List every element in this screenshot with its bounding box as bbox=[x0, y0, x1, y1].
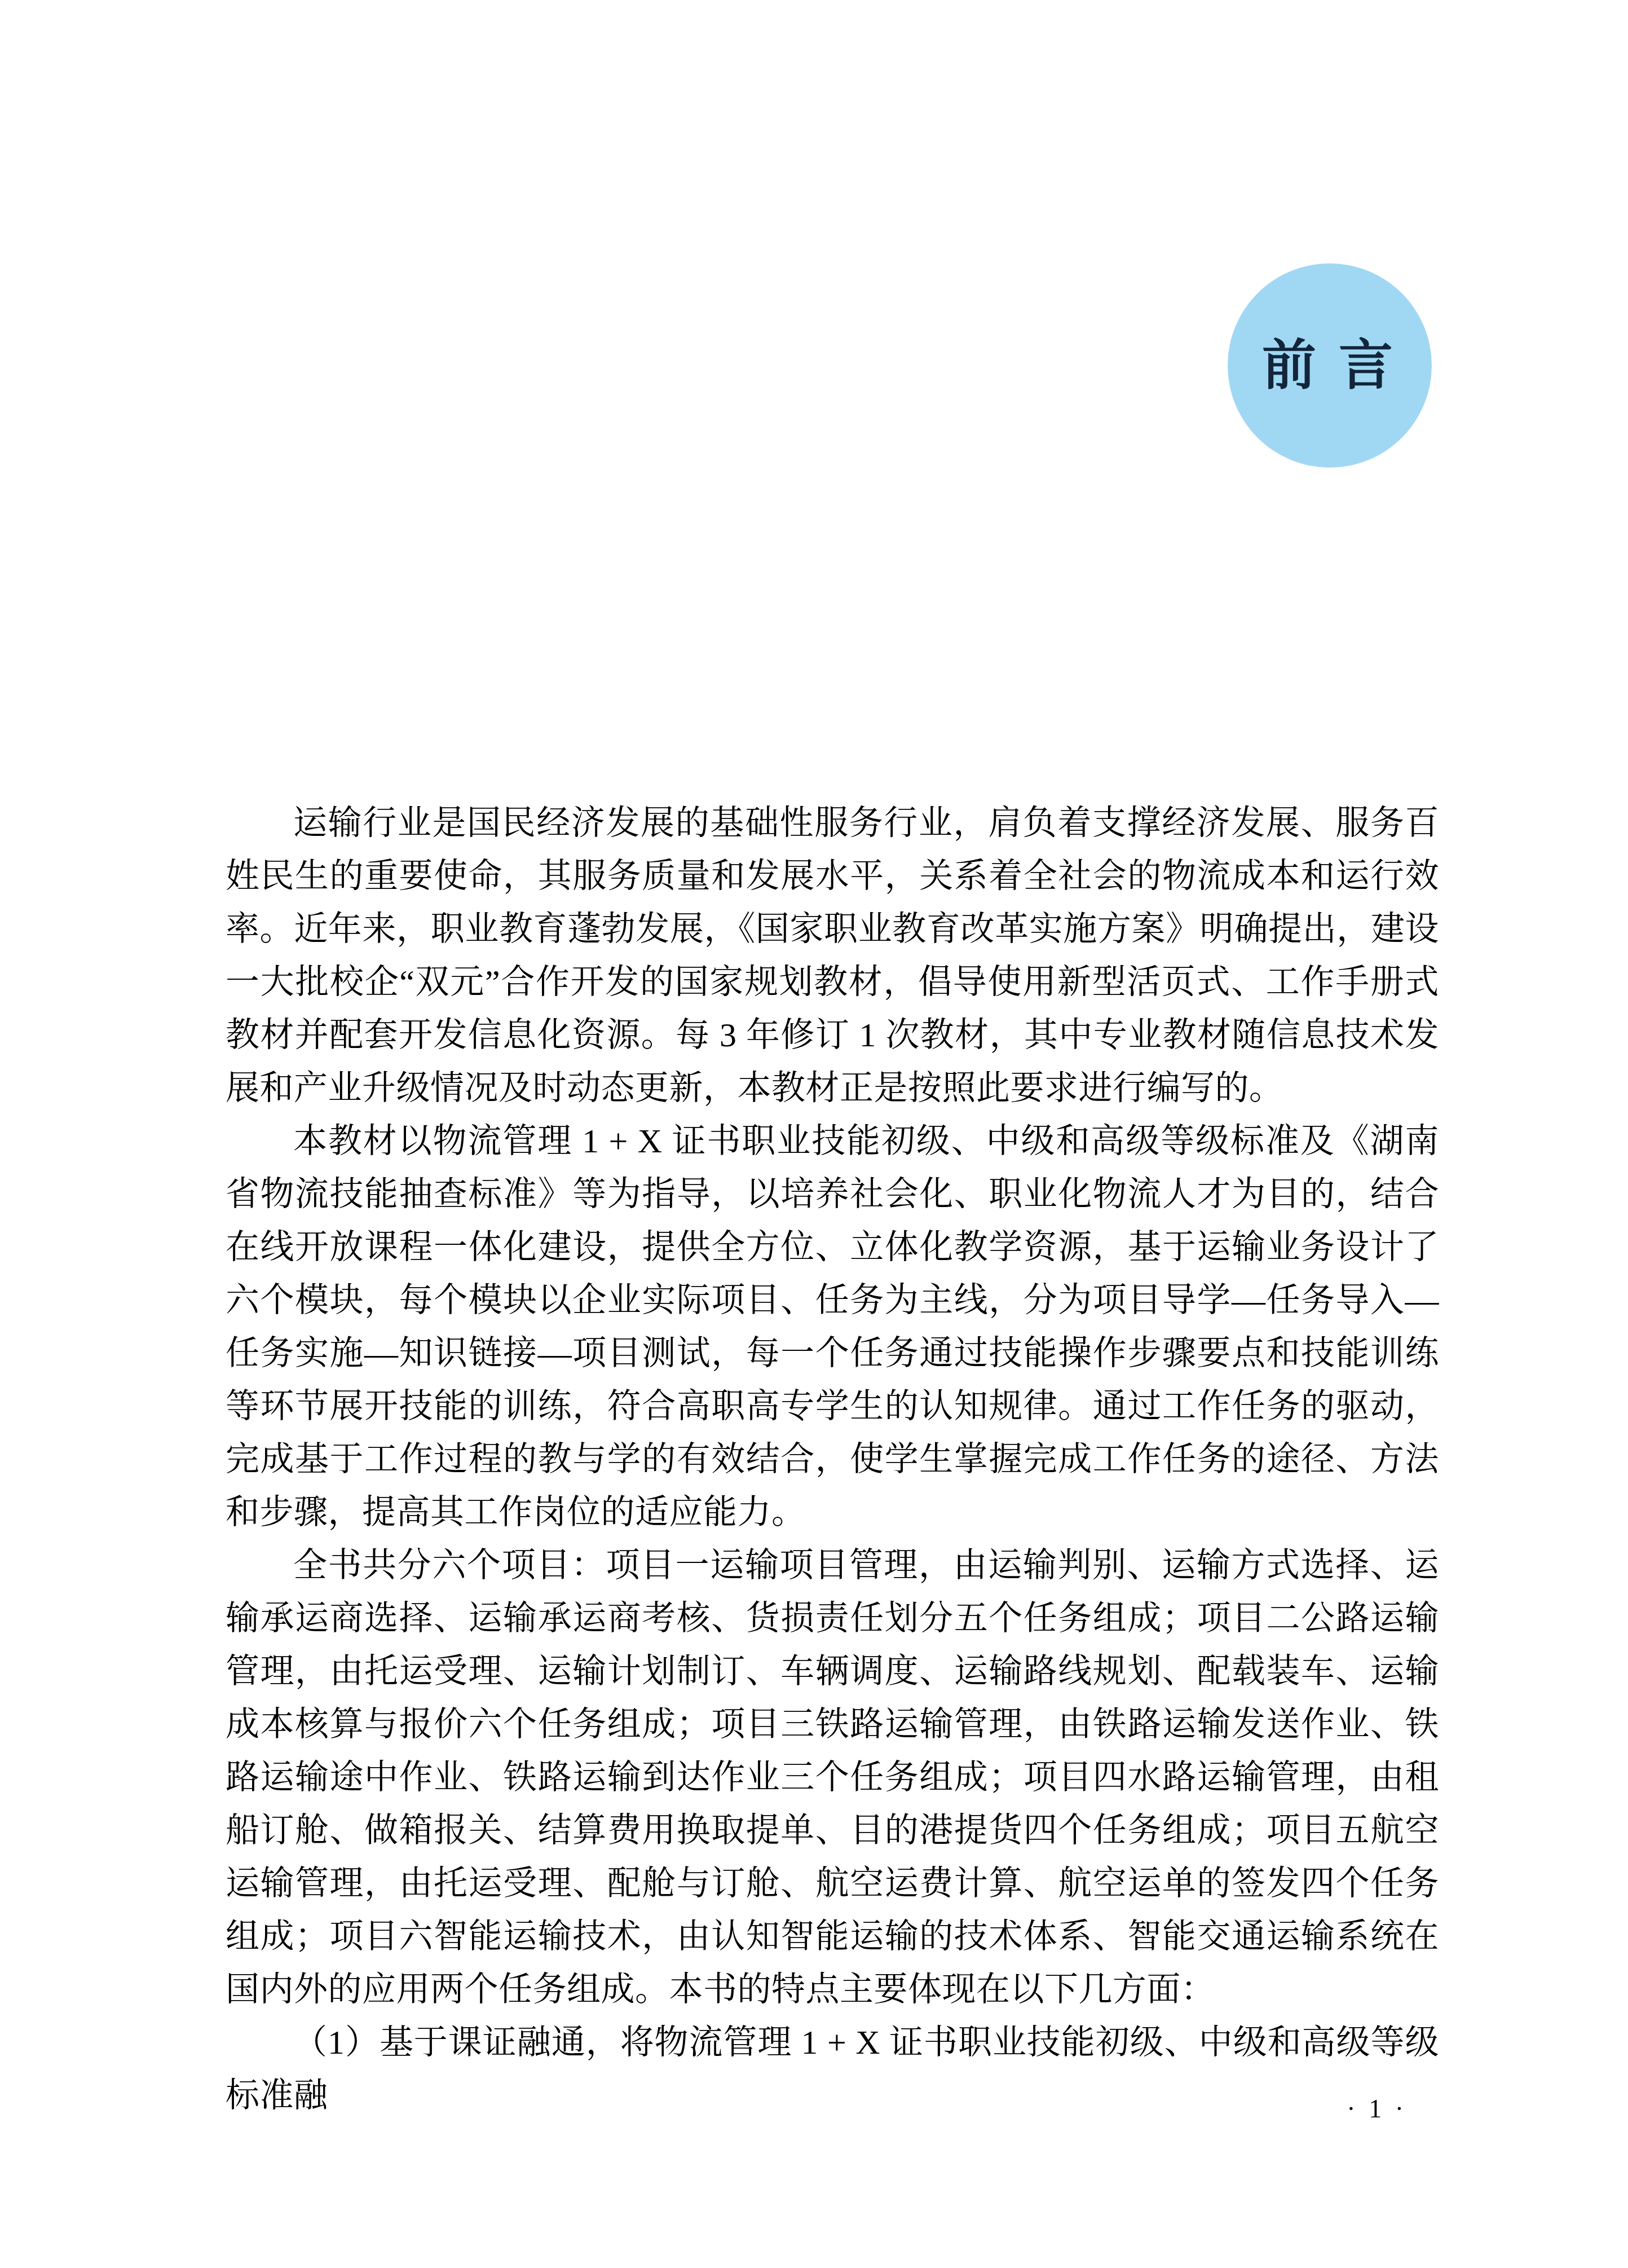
preface-title: 前 言 bbox=[1262, 338, 1397, 393]
paragraph: 全书共分六个项目：项目一运输项目管理，由运输判别、运输方式选择、运输承运商选择、… bbox=[226, 1539, 1439, 2016]
paragraph: （1）基于课证融通，将物流管理 1 + X 证书职业技能初级、中级和高级等级标准… bbox=[226, 2016, 1439, 2122]
paragraph: 本教材以物流管理 1 + X 证书职业技能初级、中级和高级等级标准及《湖南省物流… bbox=[226, 1115, 1439, 1539]
preface-badge: 前 言 bbox=[1228, 263, 1432, 468]
page-number: · 1 · bbox=[1347, 2094, 1407, 2124]
preface-page: 前 言 运输行业是国民经济发展的基础性服务行业，肩负着支撑经济发展、服务百姓民生… bbox=[0, 0, 1628, 2268]
preface-body: 运输行业是国民经济发展的基础性服务行业，肩负着支撑经济发展、服务百姓民生的重要使… bbox=[226, 796, 1439, 2122]
paragraph: 运输行业是国民经济发展的基础性服务行业，肩负着支撑经济发展、服务百姓民生的重要使… bbox=[226, 796, 1439, 1115]
